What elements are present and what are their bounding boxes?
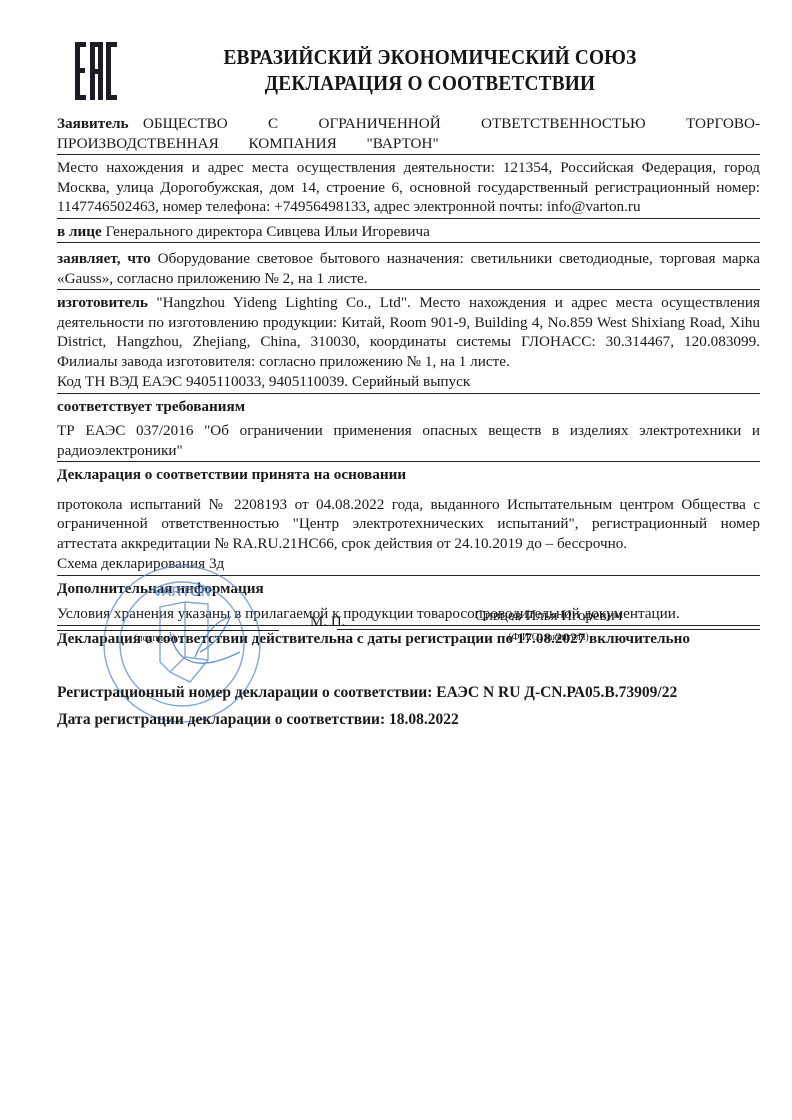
declares-value: Оборудование световое бытового назначени… [57,250,760,287]
declaration-scheme: Схема декларирования 3д [57,554,760,576]
applicant-address: Место нахождения и адрес места осуществл… [57,158,760,219]
signatory-caption: (Ф.И.О. заявителя) [337,632,760,643]
representative-block: в лице Генерального директора Сивцева Ил… [57,222,760,244]
document-header: ЕВРАЗИЙСКИЙ ЭКОНОМИЧЕСКИЙ СОЮЗ ДЕКЛАРАЦИ… [172,44,687,96]
manufacturer-value: "Hangzhou Yideng Lighting Co., Ltd". Мес… [57,294,760,370]
header-union-title: ЕВРАЗИЙСКИЙ ЭКОНОМИЧЕСКИЙ СОЮЗ [172,44,687,70]
basis-label: Декларация о соответствии принята на осн… [57,465,760,485]
basis-value: протокола испытаний № 2208193 от 04.08.2… [57,495,760,555]
signature-row: (подпись) М. П. Сивцев Илья Игоревич (Ф.… [57,612,760,652]
eac-logo-icon [75,42,117,100]
manufacturer-label: изготовитель [57,294,148,311]
requirements-value: ТР ЕАЭС 037/2016 "Об ограничении примене… [57,421,760,462]
representative-value: Генерального директора Сивцева Ильи Игор… [106,223,430,240]
registration-number: Регистрационный номер декларации о соотв… [57,684,677,702]
representative-label: в лице [57,223,102,240]
commodity-code: Код ТН ВЭД ЕАЭС 9405110033, 9405110039. … [57,372,760,394]
declares-label: заявляет, что [57,250,151,267]
signatory-name: Сивцев Илья Игоревич [337,608,760,625]
requirements-label: соответствует требованиям [57,397,760,417]
signatory-name-line [337,629,760,630]
signature-caption: (подпись) [134,633,176,644]
applicant-label: Заявитель [57,115,129,132]
header-doc-title: ДЕКЛАРАЦИЯ О СООТВЕТСТВИИ [172,70,687,96]
additional-info-label: Дополнительная информация [57,579,760,599]
signature-line [57,630,279,631]
declares-block: заявляет, что Оборудование световое быто… [57,249,760,290]
manufacturer-block: изготовитель "Hangzhou Yideng Lighting C… [57,293,760,372]
applicant-block: Заявитель ОБЩЕСТВО С ОГРАНИЧЕННОЙ ОТВЕТС… [57,114,760,155]
registration-date: Дата регистрации декларации о соответств… [57,711,459,729]
declaration-body: Заявитель ОБЩЕСТВО С ОГРАНИЧЕННОЙ ОТВЕТС… [57,114,760,648]
applicant-value: ОБЩЕСТВО С ОГРАНИЧЕННОЙ ОТВЕТСТВЕННОСТЬЮ… [57,115,760,152]
